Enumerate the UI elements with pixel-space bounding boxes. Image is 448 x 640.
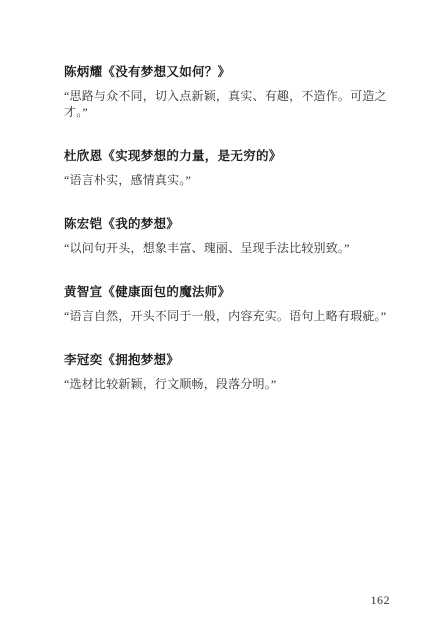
- essay-entry: 黄智宣《健康面包的魔法师》 “语言自然，开头不同于一般，内容充实。语句上略有瑕疵…: [64, 284, 390, 324]
- essay-title: 《健康面包的魔法师》: [102, 285, 230, 299]
- essay-title-line: 杜欣恩《实现梦想的力量，是无穷的》: [64, 148, 390, 164]
- essay-comment: “以问句开头，想象丰富、瑰丽、呈现手法比较别致。”: [64, 240, 390, 256]
- essay-title: 《实现梦想的力量，是无穷的》: [102, 149, 281, 163]
- essay-entry: 陈炳耀《没有梦想又如何？》 “思路与众不同，切入点新颖，真实、有趣，不造作。可造…: [64, 64, 390, 120]
- essay-comment: “选材比较新颖，行文顺畅，段落分明。”: [64, 376, 390, 392]
- essay-author: 黄智宣: [64, 285, 102, 299]
- essay-title-line: 李冠奕《拥抱梦想》: [64, 352, 390, 368]
- page-content: 陈炳耀《没有梦想又如何？》 “思路与众不同，切入点新颖，真实、有趣，不造作。可造…: [64, 64, 390, 420]
- page-number: 162: [371, 593, 391, 608]
- essay-entry: 陈宏铠《我的梦想》 “以问句开头，想象丰富、瑰丽、呈现手法比较别致。”: [64, 216, 390, 256]
- essay-author: 陈炳耀: [64, 65, 102, 79]
- essay-author: 陈宏铠: [64, 217, 102, 231]
- essay-title-line: 陈宏铠《我的梦想》: [64, 216, 390, 232]
- essay-comment: “语言朴实，感情真实。”: [64, 172, 390, 188]
- essay-entry: 李冠奕《拥抱梦想》 “选材比较新颖，行文顺畅，段落分明。”: [64, 352, 390, 392]
- essay-comment: “语言自然，开头不同于一般，内容充实。语句上略有瑕疵。”: [64, 308, 390, 324]
- essay-comment: “思路与众不同，切入点新颖，真实、有趣，不造作。可造之才。”: [64, 88, 390, 120]
- essay-title-line: 陈炳耀《没有梦想又如何？》: [64, 64, 390, 80]
- essay-title: 《拥抱梦想》: [102, 353, 179, 367]
- essay-entry: 杜欣恩《实现梦想的力量，是无穷的》 “语言朴实，感情真实。”: [64, 148, 390, 188]
- essay-title: 《我的梦想》: [102, 217, 179, 231]
- essay-title-line: 黄智宣《健康面包的魔法师》: [64, 284, 390, 300]
- document-page: 陈炳耀《没有梦想又如何？》 “思路与众不同，切入点新颖，真实、有趣，不造作。可造…: [0, 0, 448, 640]
- essay-title: 《没有梦想又如何？》: [102, 65, 230, 79]
- essay-author: 杜欣恩: [64, 149, 102, 163]
- essay-author: 李冠奕: [64, 353, 102, 367]
